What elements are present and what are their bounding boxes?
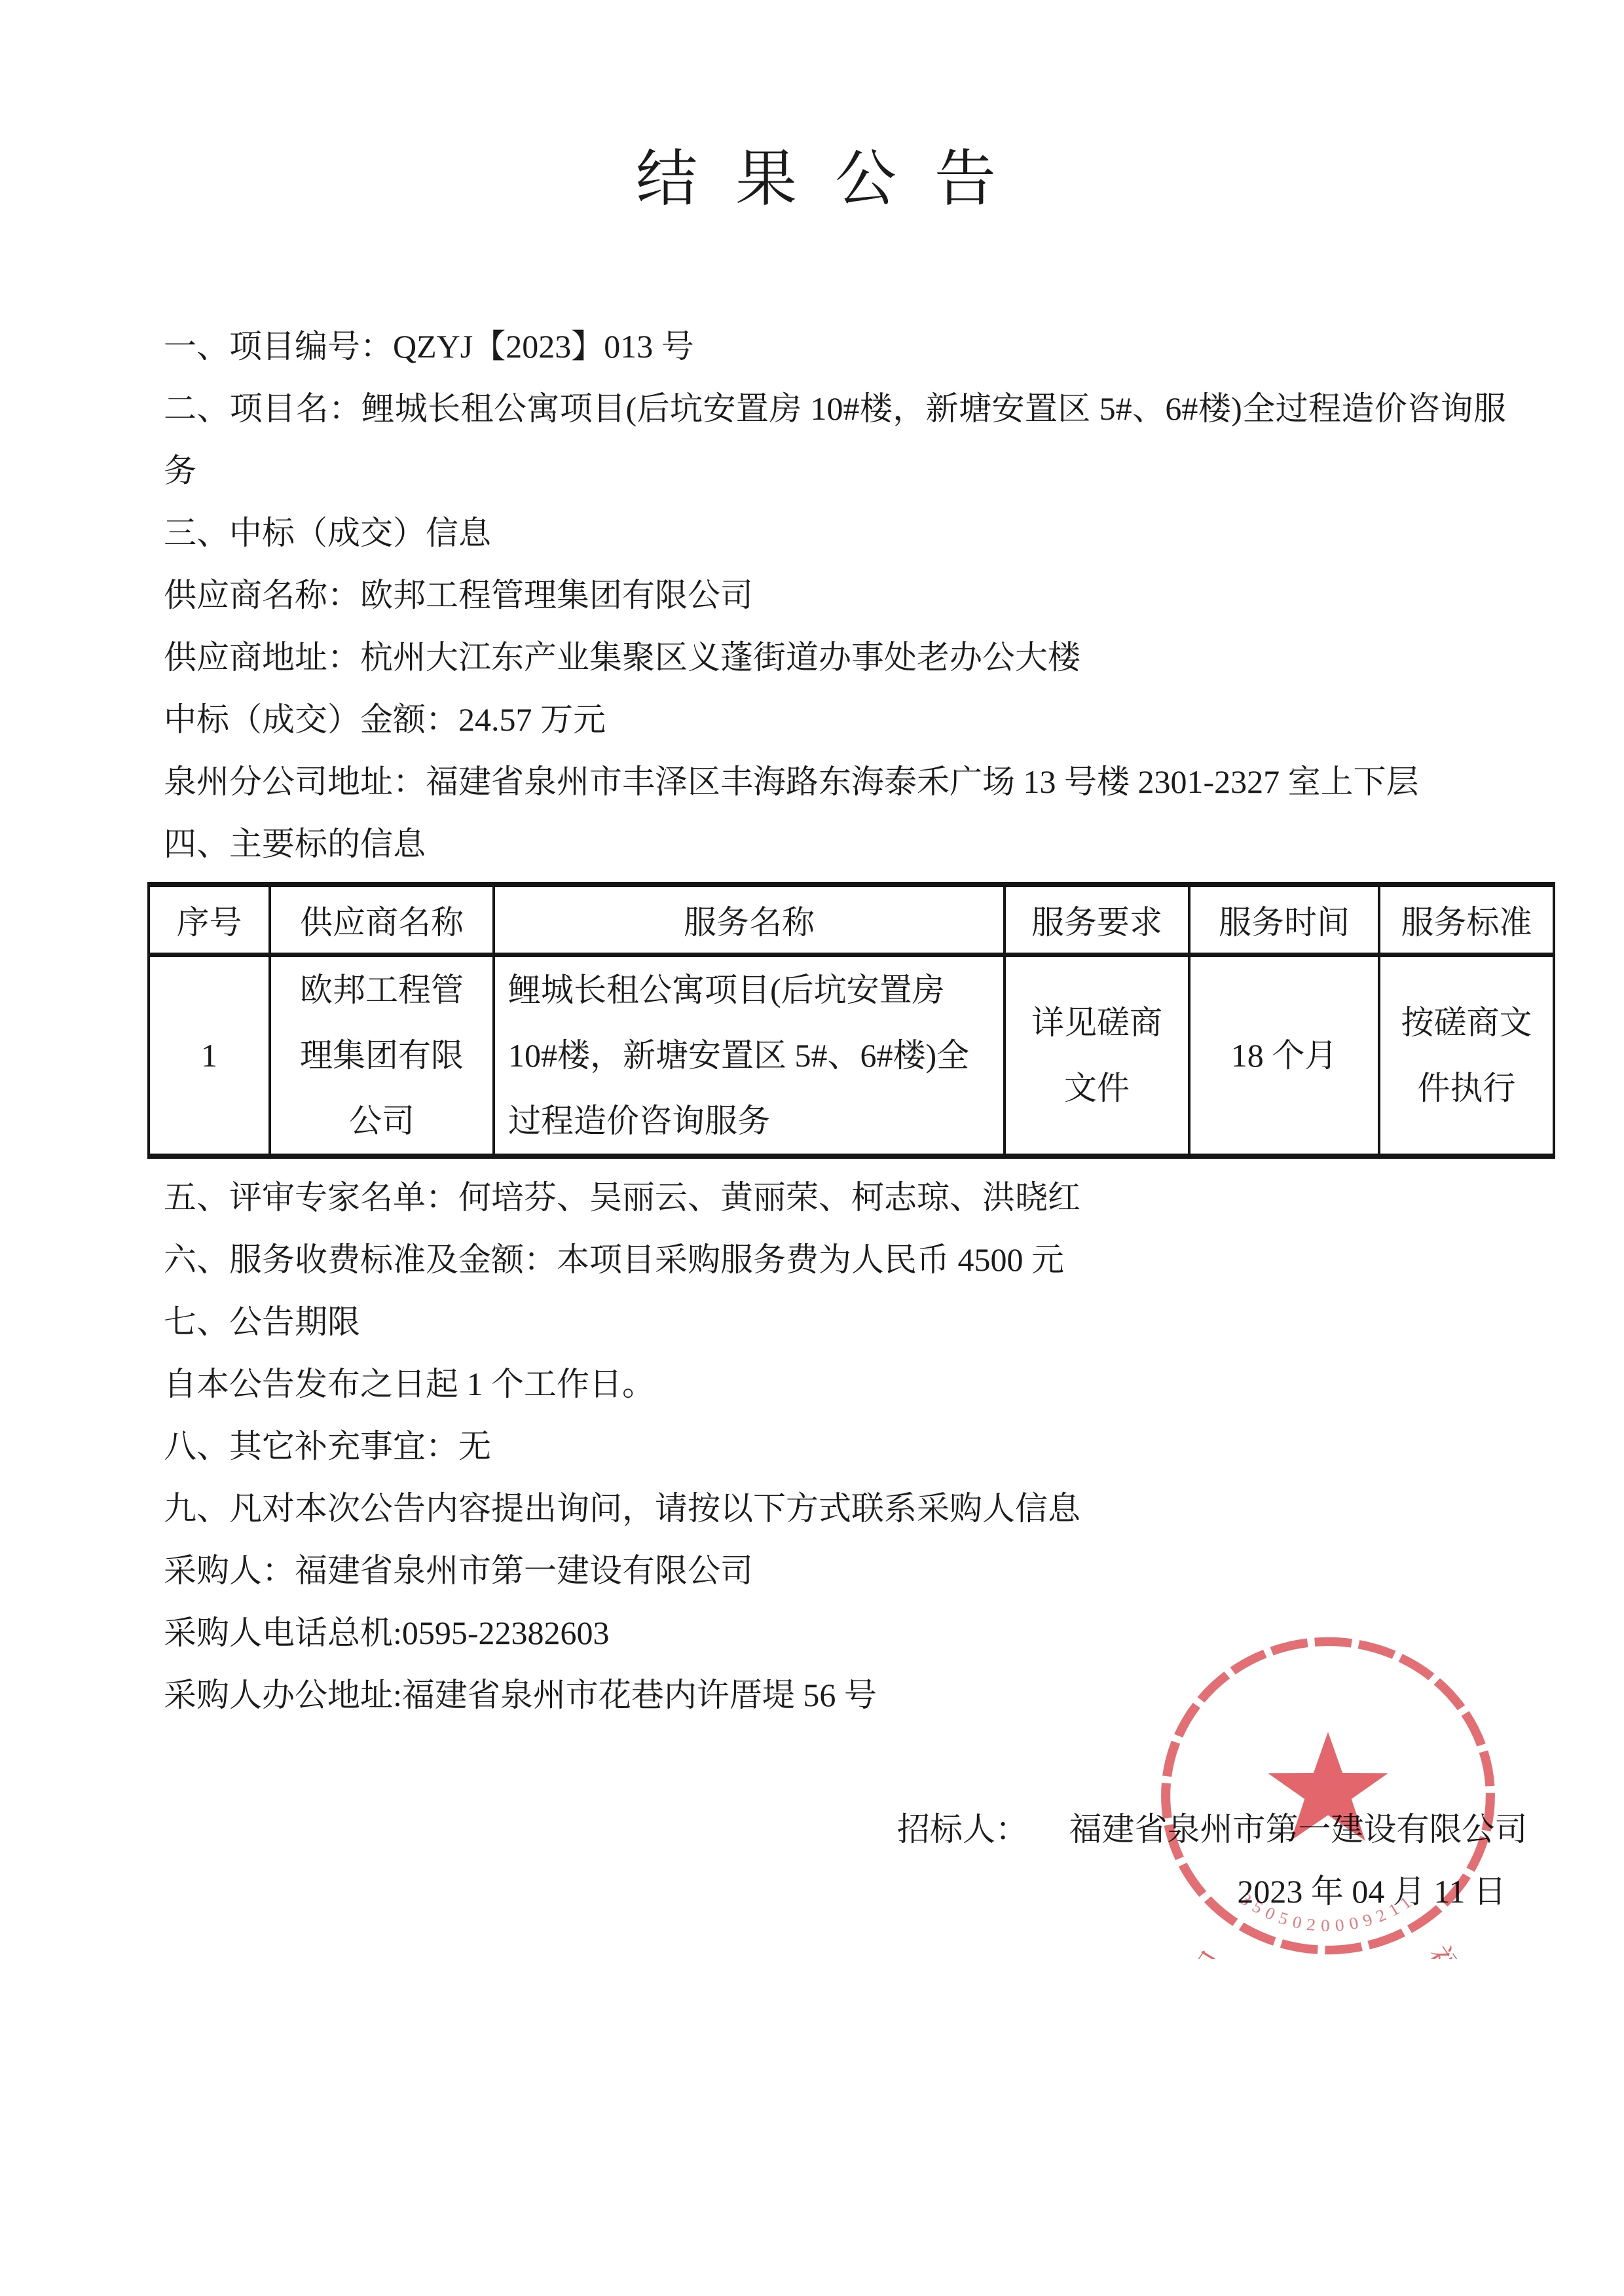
table-header-row: 序号 供应商名称 服务名称 服务要求 服务时间 服务标准 (149, 884, 1554, 955)
line-subject-info-heading: 四、主要标的信息 (164, 813, 1506, 875)
line-purchaser-office: 采购人办公地址:福建省泉州市花巷内许厝堤 56 号 (164, 1664, 1506, 1726)
document-page: 结果公告 一、项目编号：QZYJ【2023】013 号 二、项目名：鲤城长租公寓… (0, 0, 1624, 2296)
line-award-info-heading: 三、中标（成交）信息 (164, 502, 1506, 564)
bid-subject-table: 序号 供应商名称 服务名称 服务要求 服务时间 服务标准 1 欧邦工程管理集团有… (147, 882, 1555, 1159)
document-content: 结果公告 一、项目编号：QZYJ【2023】013 号 二、项目名：鲤城长租公寓… (0, 0, 1624, 1923)
cell-service-name: 鲤城长租公寓项目(后坑安置房 10#楼，新塘安置区 5#、6#楼)全过程造价咨询… (494, 955, 1005, 1157)
line-purchaser-phone: 采购人电话总机:0595-22382603 (164, 1602, 1506, 1664)
col-header-seq: 序号 (149, 884, 270, 955)
seal-arc-text-node: 福建省泉州市第一建设有限公司 (1170, 1941, 1486, 1959)
announcement-date: 2023 年 04 月 11 日 (164, 1861, 1506, 1923)
line-award-amount: 中标（成交）金额：24.57 万元 (164, 689, 1506, 751)
line-supplier-address: 供应商地址：杭州大江东产业集聚区义蓬街道办事处老办公大楼 (164, 627, 1506, 689)
cell-service-req: 详见磋商文件 (1005, 955, 1189, 1157)
col-header-supplier: 供应商名称 (270, 884, 494, 955)
bidder-name: 福建省泉州市第一建设有限公司 (1069, 1811, 1528, 1848)
line-notice-period-heading: 七、公告期限 (164, 1291, 1506, 1353)
line-notice-period: 自本公告发布之日起 1 个工作日。 (164, 1353, 1506, 1415)
table-row: 1 欧邦工程管理集团有限公司 鲤城长租公寓项目(后坑安置房 10#楼，新塘安置区… (149, 955, 1554, 1157)
cell-supplier: 欧邦工程管理集团有限公司 (270, 955, 494, 1157)
line-other-matters: 八、其它补充事宜：无 (164, 1415, 1506, 1478)
cell-service-std: 按磋商文件执行 (1379, 955, 1554, 1157)
page-title: 结果公告 (164, 143, 1506, 216)
line-project-number: 一、项目编号：QZYJ【2023】013 号 (164, 316, 1506, 378)
cell-seq: 1 (149, 955, 270, 1157)
col-header-service-req: 服务要求 (1005, 884, 1189, 955)
line-supplier-name: 供应商名称：欧邦工程管理集团有限公司 (164, 564, 1506, 627)
line-review-experts: 五、评审专家名单：何培芬、吴丽云、黄丽荣、柯志琼、洪晓红 (164, 1167, 1506, 1229)
line-branch-address: 泉州分公司地址：福建省泉州市丰泽区丰海路东海泰禾广场 13 号楼 2301-23… (164, 751, 1506, 813)
col-header-service-name: 服务名称 (494, 884, 1005, 955)
col-header-service-time: 服务时间 (1189, 884, 1379, 955)
line-service-fee: 六、服务收费标准及金额：本项目采购服务费为人民币 4500 元 (164, 1229, 1506, 1291)
cell-service-time: 18 个月 (1189, 955, 1379, 1157)
line-purchaser: 采购人：福建省泉州市第一建设有限公司 (164, 1540, 1506, 1602)
seal-arc-text: 福建省泉州市第一建设有限公司 (1170, 1941, 1486, 1959)
bidder-signature-line: 招标人： 福建省泉州市第一建设有限公司 (897, 1798, 1506, 1861)
line-project-name: 二、项目名：鲤城长租公寓项目(后坑安置房 10#楼，新塘安置区 5#、6#楼)全… (164, 378, 1506, 502)
bidder-label: 招标人： (897, 1811, 1028, 1848)
col-header-service-std: 服务标准 (1379, 884, 1554, 955)
line-inquiry-contact: 九、凡对本次公告内容提出询问，请按以下方式联系采购人信息 (164, 1478, 1506, 1540)
